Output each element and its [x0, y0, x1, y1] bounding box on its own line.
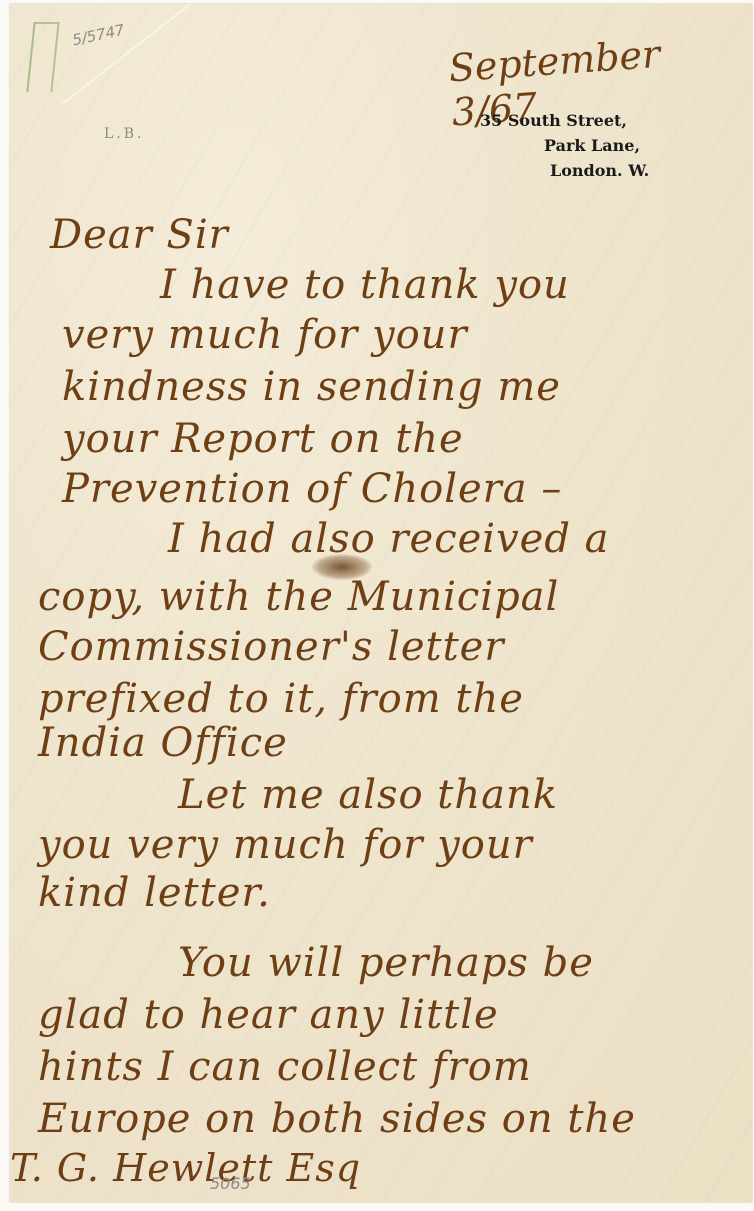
- body-line: India Office: [38, 720, 288, 766]
- body-line: Europe on both sides on the: [38, 1096, 636, 1142]
- pencil-reference-bottom: 5065: [210, 1174, 251, 1193]
- body-line: you very much for your: [38, 822, 533, 868]
- body-line: Prevention of Cholera –: [62, 466, 562, 512]
- body-line: your Report on the: [62, 416, 464, 462]
- body-line: kindness in sending me: [62, 364, 561, 410]
- body-line: copy, with the Municipal: [38, 574, 559, 620]
- body-line: Commissioner's letter: [38, 624, 504, 670]
- body-line: You will perhaps be: [178, 940, 594, 986]
- pencil-reference-top: 5/5747: [71, 21, 126, 50]
- green-ink-mark: [26, 22, 59, 92]
- paper-fold-crease: [62, 4, 221, 105]
- salutation: Dear Sir: [50, 212, 229, 258]
- body-line: I have to thank you: [160, 262, 570, 308]
- letterhead-city: London. W.: [480, 158, 649, 183]
- letter-page: 5/5747 L.B. September 3/67 35 South Stre…: [10, 4, 752, 1202]
- letterhead-area: Park Lane,: [480, 133, 649, 158]
- body-line: prefixed to it, from the: [38, 676, 524, 722]
- body-line: kind letter.: [38, 870, 271, 916]
- letterhead-address: 35 South Street, Park Lane, London. W.: [480, 108, 649, 183]
- addressee: T. G. Hewlett Esq: [10, 1146, 361, 1190]
- body-line: hints I can collect from: [38, 1044, 532, 1090]
- body-line: Let me also thank: [178, 772, 558, 818]
- body-line: I had also received a: [168, 516, 610, 562]
- body-line: glad to hear any little: [38, 992, 499, 1038]
- body-line: very much for your: [62, 312, 468, 358]
- letterhead-street: 35 South Street,: [480, 108, 649, 133]
- stamp-mark: L.B.: [104, 126, 145, 142]
